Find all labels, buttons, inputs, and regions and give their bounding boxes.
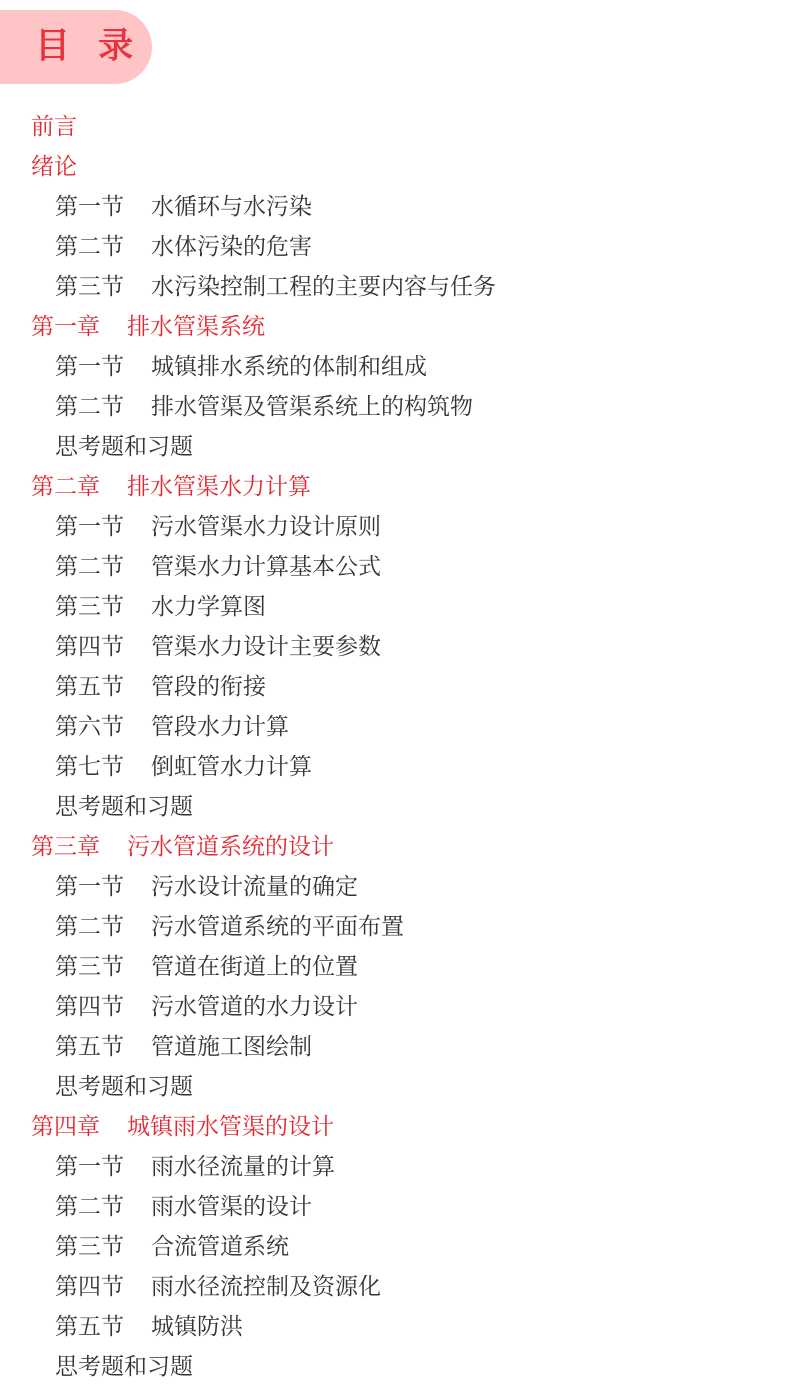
section-title: 管渠水力设计主要参数 bbox=[151, 627, 381, 667]
section-number: 第一节 bbox=[55, 867, 151, 907]
toc-section-entry[interactable]: 第四节管渠水力设计主要参数 bbox=[0, 627, 790, 667]
toc-section-entry[interactable]: 第一节水循环与水污染 bbox=[0, 187, 790, 227]
toc-section-entry[interactable]: 第二节管渠水力计算基本公式 bbox=[0, 547, 790, 587]
toc-section-entry[interactable]: 第三节水污染控制工程的主要内容与任务 bbox=[0, 267, 790, 307]
toc-section-entry[interactable]: 思考题和习题 bbox=[0, 1347, 790, 1387]
section-title: 水污染控制工程的主要内容与任务 bbox=[151, 267, 496, 307]
toc-section-entry[interactable]: 第七节倒虹管水力计算 bbox=[0, 747, 790, 787]
section-number: 第四节 bbox=[55, 627, 151, 667]
section-title: 水体污染的危害 bbox=[151, 227, 312, 267]
chapter-title: 排水管渠水力计算 bbox=[127, 467, 311, 507]
section-title: 污水管道系统的平面布置 bbox=[151, 907, 404, 947]
section-title: 城镇排水系统的体制和组成 bbox=[151, 347, 427, 387]
section-number: 第三节 bbox=[55, 947, 151, 987]
chapter-title: 城镇雨水管渠的设计 bbox=[127, 1107, 334, 1147]
toc-section-entry[interactable]: 第二节水体污染的危害 bbox=[0, 227, 790, 267]
toc-section-entry[interactable]: 思考题和习题 bbox=[0, 1067, 790, 1107]
section-title: 合流管道系统 bbox=[151, 1227, 289, 1267]
toc-section-entry[interactable]: 第三节水力学算图 bbox=[0, 587, 790, 627]
section-number: 第二节 bbox=[55, 547, 151, 587]
toc-chapter-entry[interactable]: 第一章排水管渠系统 bbox=[0, 307, 790, 347]
toc-chapter-entry[interactable]: 第三章污水管道系统的设计 bbox=[0, 827, 790, 867]
section-title: 思考题和习题 bbox=[55, 787, 193, 827]
toc-section-entry[interactable]: 第五节管道施工图绘制 bbox=[0, 1027, 790, 1067]
section-title: 水力学算图 bbox=[151, 587, 266, 627]
toc-chapter-entry[interactable]: 第二章排水管渠水力计算 bbox=[0, 467, 790, 507]
section-title: 管段水力计算 bbox=[151, 707, 289, 747]
chapter-number: 第四章 bbox=[31, 1107, 127, 1147]
toc-section-entry[interactable]: 第一节雨水径流量的计算 bbox=[0, 1147, 790, 1187]
section-title: 水循环与水污染 bbox=[151, 187, 312, 227]
section-number: 第七节 bbox=[55, 747, 151, 787]
section-title: 污水设计流量的确定 bbox=[151, 867, 358, 907]
section-number: 第二节 bbox=[55, 227, 151, 267]
section-number: 第二节 bbox=[55, 387, 151, 427]
toc-section-entry[interactable]: 第一节城镇排水系统的体制和组成 bbox=[0, 347, 790, 387]
toc-section-entry[interactable]: 第五节管段的衔接 bbox=[0, 667, 790, 707]
toc-section-entry[interactable]: 第二节排水管渠及管渠系统上的构筑物 bbox=[0, 387, 790, 427]
section-number: 第四节 bbox=[55, 1267, 151, 1307]
section-title: 雨水管渠的设计 bbox=[151, 1187, 312, 1227]
toc-section-entry[interactable]: 第三节合流管道系统 bbox=[0, 1227, 790, 1267]
section-number: 第三节 bbox=[55, 587, 151, 627]
toc-section-entry[interactable]: 第四节污水管道的水力设计 bbox=[0, 987, 790, 1027]
toc-chapter-entry[interactable]: 绪论 bbox=[0, 147, 790, 187]
toc-section-entry[interactable]: 第六节管段水力计算 bbox=[0, 707, 790, 747]
section-title: 管段的衔接 bbox=[151, 667, 266, 707]
toc-section-entry[interactable]: 思考题和习题 bbox=[0, 427, 790, 467]
section-number: 第五节 bbox=[55, 667, 151, 707]
section-title: 排水管渠及管渠系统上的构筑物 bbox=[151, 387, 473, 427]
section-number: 第二节 bbox=[55, 907, 151, 947]
toc-section-entry[interactable]: 第四节雨水径流控制及资源化 bbox=[0, 1267, 790, 1307]
chapter-title: 排水管渠系统 bbox=[127, 307, 265, 347]
chapter-title: 前言 bbox=[31, 107, 77, 147]
chapter-title: 污水管道系统的设计 bbox=[127, 827, 334, 867]
section-title: 倒虹管水力计算 bbox=[151, 747, 312, 787]
section-number: 第一节 bbox=[55, 1147, 151, 1187]
section-number: 第三节 bbox=[55, 1227, 151, 1267]
chapter-number: 第二章 bbox=[31, 467, 127, 507]
section-number: 第二节 bbox=[55, 1187, 151, 1227]
section-number: 第一节 bbox=[55, 187, 151, 227]
section-title: 污水管渠水力设计原则 bbox=[151, 507, 381, 547]
toc-chapter-entry[interactable]: 第四章城镇雨水管渠的设计 bbox=[0, 1107, 790, 1147]
section-title: 思考题和习题 bbox=[55, 1067, 193, 1107]
section-number: 第三节 bbox=[55, 267, 151, 307]
chapter-title: 绪论 bbox=[31, 147, 77, 187]
toc-title-banner: 目 录 bbox=[0, 10, 152, 84]
section-number: 第五节 bbox=[55, 1027, 151, 1067]
toc-title: 目 录 bbox=[35, 30, 141, 65]
toc-section-entry[interactable]: 第三节管道在街道上的位置 bbox=[0, 947, 790, 987]
section-title: 雨水径流控制及资源化 bbox=[151, 1267, 381, 1307]
section-title: 污水管道的水力设计 bbox=[151, 987, 358, 1027]
section-title: 管道在街道上的位置 bbox=[151, 947, 358, 987]
toc-section-entry[interactable]: 思考题和习题 bbox=[0, 787, 790, 827]
section-number: 第一节 bbox=[55, 507, 151, 547]
section-number: 第六节 bbox=[55, 707, 151, 747]
chapter-number: 第三章 bbox=[31, 827, 127, 867]
toc-section-entry[interactable]: 第五节城镇防洪 bbox=[0, 1307, 790, 1347]
toc-section-entry[interactable]: 第一节污水设计流量的确定 bbox=[0, 867, 790, 907]
section-title: 思考题和习题 bbox=[55, 1347, 193, 1387]
section-number: 第五节 bbox=[55, 1307, 151, 1347]
toc-section-entry[interactable]: 第二节污水管道系统的平面布置 bbox=[0, 907, 790, 947]
section-title: 雨水径流量的计算 bbox=[151, 1147, 335, 1187]
toc-chapter-entry[interactable]: 前言 bbox=[0, 107, 790, 147]
section-number: 第一节 bbox=[55, 347, 151, 387]
section-title: 城镇防洪 bbox=[151, 1307, 243, 1347]
chapter-number: 第一章 bbox=[31, 307, 127, 347]
toc-section-entry[interactable]: 第一节污水管渠水力设计原则 bbox=[0, 507, 790, 547]
section-title: 思考题和习题 bbox=[55, 427, 193, 467]
toc-section-entry[interactable]: 第二节雨水管渠的设计 bbox=[0, 1187, 790, 1227]
section-title: 管渠水力计算基本公式 bbox=[151, 547, 381, 587]
table-of-contents: 前言绪论第一节水循环与水污染第二节水体污染的危害第三节水污染控制工程的主要内容与… bbox=[0, 107, 790, 1387]
section-number: 第四节 bbox=[55, 987, 151, 1027]
section-title: 管道施工图绘制 bbox=[151, 1027, 312, 1067]
